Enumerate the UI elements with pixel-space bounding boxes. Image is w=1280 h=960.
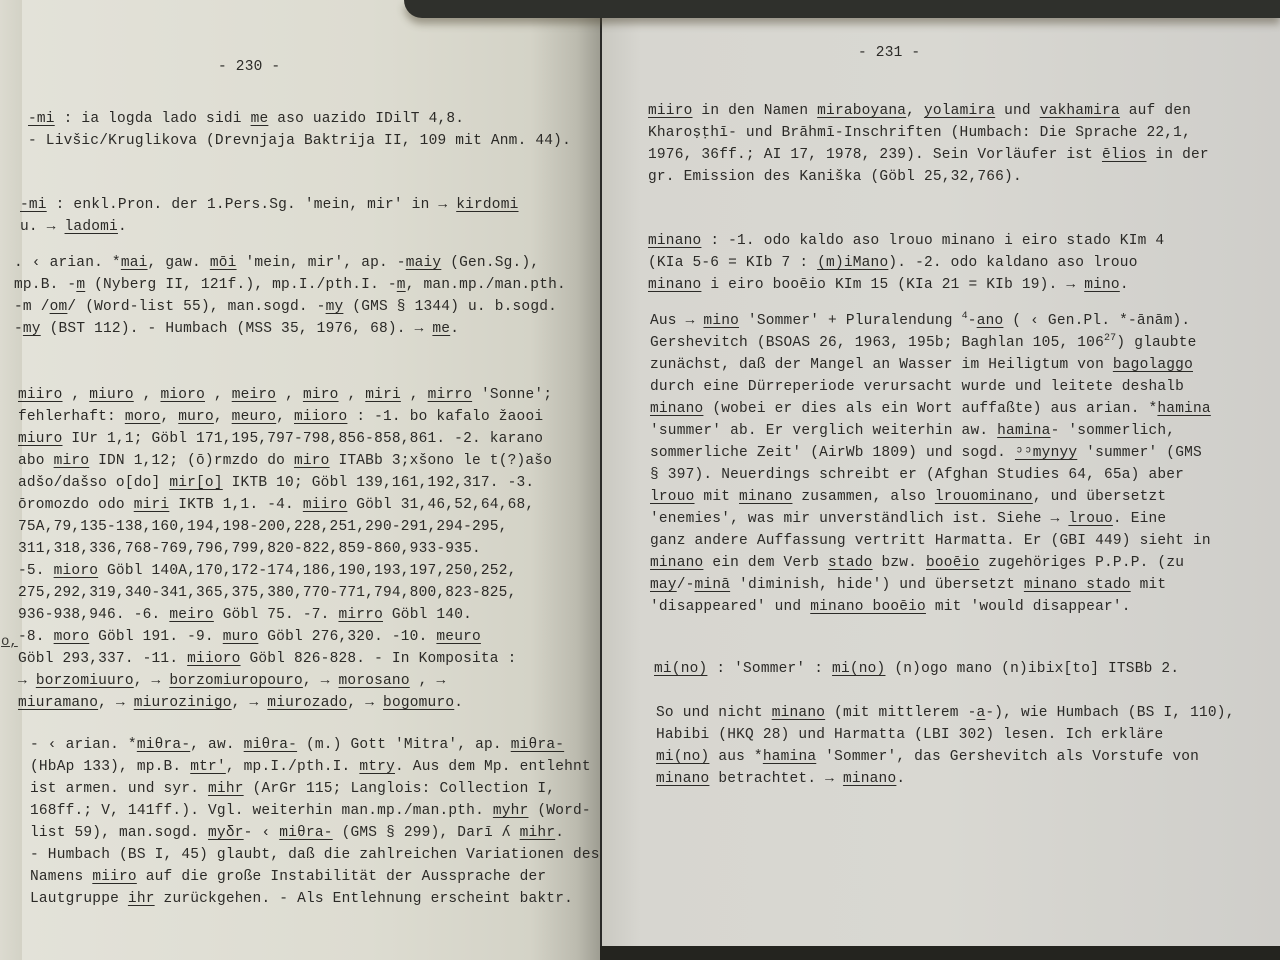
text-line: minano : -1. odo kaldo aso lrouo minano … — [648, 230, 1164, 252]
text-line: Namens miiro auf die große Instabilität … — [30, 866, 600, 888]
text-run: (BST 112). - Humbach (MSS 35, 1976, 68). — [41, 321, 415, 337]
text-line: 168ff.; V, 141ff.). Vgl. weiterhin man.m… — [30, 800, 600, 822]
text-line: - Humbach (BS I, 45) glaubt, daß die zah… — [30, 844, 600, 866]
text-run: auf den — [1120, 103, 1191, 119]
text-run: 'summer' (GMS — [1077, 445, 1202, 461]
text-run: ITABb 3;xšono le t(?)ašo — [330, 453, 553, 469]
text-line: mi(no) aus *hamina 'Sommer', das Gershev… — [656, 746, 1235, 768]
text-line: - ‹ arian. *miθra-, aw. miθra- (m.) Gott… — [30, 734, 600, 756]
lemma-term: moro — [125, 409, 161, 425]
text-run: , man.mp./man.pth. — [406, 277, 566, 293]
lemma-term: minano — [650, 401, 703, 417]
text-run: IDN 1,12; (ō)rmzdo do — [89, 453, 294, 469]
text-run: - 'sommerlich, — [1051, 423, 1176, 439]
text-line: miiro in den Namen miraboyana, yolamira … — [648, 100, 1209, 122]
left-page: - 230 - -mi : ia logda lado sidi me aso … — [22, 0, 600, 960]
text-run: zurückgehen. - Als Entlehnung erscheint … — [155, 891, 573, 907]
lemma-term: minano — [772, 705, 825, 721]
text-run — [56, 219, 65, 235]
text-run: 936-938,946. -6. — [18, 607, 169, 623]
text-line: 311,318,336,768-769,796,799,820-822,859-… — [18, 538, 552, 560]
text-run: -m / — [14, 299, 50, 315]
text-run: . Aus dem Mp. entlehnt — [395, 759, 591, 775]
text-line: 'disappeared' und minano booēio mit 'wou… — [650, 596, 1211, 618]
text-run: . ‹ arian. * — [14, 255, 121, 271]
text-run: 168ff.; V, 141ff.). Vgl. weiterhin man.m… — [30, 803, 493, 819]
text-run: : -1. odo kaldo aso lrouo minano i eiro … — [701, 233, 1164, 249]
lemma-term: miurozado — [267, 695, 347, 711]
lemma-term: minā — [695, 577, 731, 593]
text-run: 275,292,319,340-341,365,375,380,770-771,… — [18, 585, 516, 601]
text-run: 75A,79,135-138,160,194,198-200,228,251,2… — [18, 519, 508, 535]
text-run: - Livšic/Kruglikova (Drevnjaja Baktrija … — [28, 133, 571, 149]
lemma-term: m — [397, 277, 406, 293]
superscript: 27 — [1104, 333, 1116, 344]
lemma-term: ēlios — [1102, 147, 1147, 163]
lemma-term: miiro — [92, 869, 137, 885]
lemma-term: minano — [650, 555, 703, 571]
text-run: zugehöriges P.P.P. (zu — [979, 555, 1184, 571]
text-run: , — [232, 695, 250, 711]
lemma-term: hamina — [997, 423, 1050, 439]
page-number: - 231 - — [858, 42, 920, 64]
text-run: IKTB 10; Göbl 139,161,192,317. -3. — [223, 475, 535, 491]
lemma-term: may — [650, 577, 677, 593]
text-line: sommerliche Zeit' (AirWb 1809) und sogd.… — [650, 442, 1211, 464]
text-run: - — [14, 321, 23, 337]
text-run: /- — [677, 577, 695, 593]
text-line: → borzomiuuro, → borzomiuropouro, → moro… — [18, 670, 552, 692]
text-run: 'mein, mir', ap. - — [237, 255, 406, 271]
cross-reference-arrow-icon: → — [321, 670, 330, 692]
text-run: (ArGr 115; Langlois: Collection I, — [244, 781, 556, 797]
text-run: list 59), man.sogd. — [30, 825, 208, 841]
lemma-term: minano — [648, 233, 701, 249]
text-run: : enkl.Pron. der 1.Pers.Sg. 'mein, mir' … — [47, 197, 439, 213]
lemma-term: mi(no) — [656, 749, 709, 765]
text-run: , — [134, 387, 161, 403]
cross-reference-arrow-icon: → — [1066, 274, 1075, 296]
text-run — [374, 695, 383, 711]
text-run: ist armen. und syr. — [30, 781, 208, 797]
text-run: : 'Sommer' : — [707, 661, 832, 677]
text-line: ist armen. und syr. mihr (ArGr 115; Lang… — [30, 778, 600, 800]
text-run: (mit mittlerem - — [825, 705, 976, 721]
text-run: 'enemies', was mir unverständlich ist. S… — [650, 511, 1051, 527]
text-run: IKTB 1,1. -4. — [169, 497, 303, 513]
text-run: in den Namen — [693, 103, 818, 119]
text-run: . — [555, 825, 564, 841]
text-run: ( ‹ Gen.Pl. *-ānām). — [1003, 313, 1190, 329]
lemma-term: miurozinigo — [134, 695, 232, 711]
etymology-minano: Aus → mino 'Sommer' + Pluralendung 4-ano… — [650, 310, 1211, 618]
commentary-mino: So und nicht minano (mit mittlerem -a-),… — [656, 702, 1235, 790]
lemma-term: hamina — [1157, 401, 1210, 417]
text-run: , — [214, 409, 232, 425]
lemma-term: muro — [178, 409, 214, 425]
book-gutter — [600, 18, 602, 948]
lemma-term: minano — [739, 489, 792, 505]
text-run: 'Sommer' + Pluralendung — [739, 313, 962, 329]
lemma-term: miθra- — [279, 825, 332, 841]
cross-reference-arrow-icon: → — [438, 194, 447, 216]
text-run: abo — [18, 453, 54, 469]
text-run: , — [347, 695, 365, 711]
text-line: u. → ladomi. — [20, 216, 519, 238]
lemma-term: bagolaggo — [1113, 357, 1193, 373]
text-line: fehlerhaft: moro, muro, meuro, miioro : … — [18, 406, 552, 428]
text-run — [1075, 277, 1084, 293]
text-line: miuramano, → miurozinigo, → miurozado, →… — [18, 692, 552, 714]
text-run: , — [276, 409, 294, 425]
text-line: 1976, 36ff.; AI 17, 1978, 239). Sein Vor… — [648, 144, 1209, 166]
lemma-term: miri — [365, 387, 401, 403]
lemma-term: mi(no) — [654, 661, 707, 677]
text-run: Göbl 826-828. - In Komposita : — [241, 651, 517, 667]
text-line: 'enemies', was mir unverständlich ist. S… — [650, 508, 1211, 530]
text-line: -my (BST 112). - Humbach (MSS 35, 1976, … — [14, 318, 566, 340]
text-run: (m.) Gott 'Mitra', ap. — [297, 737, 511, 753]
text-run: Göbl 31,46,52,64,68, — [347, 497, 534, 513]
text-run: (Nyberg II, 121f.), mp.I./pth.I. - — [85, 277, 397, 293]
lemma-term: ladomi — [65, 219, 118, 235]
text-run: . — [450, 321, 459, 337]
text-line: lrouo mit minano zusammen, also lrouomin… — [650, 486, 1211, 508]
text-line: - Livšic/Kruglikova (Drevnjaja Baktrija … — [28, 130, 571, 152]
lemma-term: muro — [223, 629, 259, 645]
lemma-term: mai — [121, 255, 148, 271]
text-run: 'Sommer', das Gershevitch als Vorstufe v… — [816, 749, 1199, 765]
entry-mi-1: -mi : ia logda lado sidi me aso uazido I… — [28, 108, 571, 152]
lemma-term: vakhamira — [1040, 103, 1120, 119]
text-line: 936-938,946. -6. meiro Göbl 75. -7. mirr… — [18, 604, 552, 626]
text-run: (KIa 5-6 = KIb 7 : — [648, 255, 817, 271]
text-run: , mp.I./pth.I. — [226, 759, 360, 775]
text-run: ). -2. odo kaldano aso lrouo — [888, 255, 1137, 271]
text-run: 'Sonne'; — [472, 387, 552, 403]
lemma-term: my — [326, 299, 344, 315]
text-run: , — [134, 673, 152, 689]
lemma-term: mino — [1084, 277, 1120, 293]
text-run: 'diminish, hide') und übersetzt — [730, 577, 1024, 593]
lemma-term: myδr — [208, 825, 244, 841]
lemma-term: lrouo — [650, 489, 695, 505]
cross-reference-arrow-icon: → — [686, 310, 695, 332]
text-run: adšo/dašso o[do] — [18, 475, 169, 491]
lemma-term: mihr — [520, 825, 556, 841]
text-run: Aus — [650, 313, 686, 329]
text-run: , aw. — [190, 737, 243, 753]
text-run: zusammen, also — [792, 489, 934, 505]
text-run: , — [303, 673, 321, 689]
text-run: , — [98, 695, 116, 711]
lemma-term: booēio — [926, 555, 979, 571]
text-line: So und nicht minano (mit mittlerem -a-),… — [656, 702, 1235, 724]
text-line: 75A,79,135-138,160,194,198-200,228,251,2… — [18, 516, 552, 538]
cross-reference-arrow-icon: → — [365, 692, 374, 714]
text-run: , — [205, 387, 232, 403]
lemma-term: moro — [54, 629, 90, 645]
text-run: durch eine Dürreperiode verursacht wurde… — [650, 379, 1184, 395]
lemma-term: borzomiuuro — [36, 673, 134, 689]
lemma-term: minano booēio — [810, 599, 926, 615]
text-run: sommerliche Zeit' (AirWb 1809) und sogd. — [650, 445, 1015, 461]
scanner-lid-edge — [404, 0, 1280, 18]
text-run: zunächst, daß der Mangel an Wasser im He… — [650, 357, 1113, 373]
text-run: -), wie Humbach (BS I, 110), — [985, 705, 1234, 721]
lemma-term: meiro — [169, 607, 214, 623]
text-run: - ‹ — [244, 825, 280, 841]
text-line: -mi : ia logda lado sidi me aso uazido I… — [28, 108, 571, 130]
lemma-term: mtr' — [190, 759, 226, 775]
text-run — [447, 197, 456, 213]
entry-miiro: miiro , miuro , mioro , meiro , miro , m… — [18, 384, 552, 714]
lemma-term: miθra- — [137, 737, 190, 753]
text-line: durch eine Dürreperiode verursacht wurde… — [650, 376, 1211, 398]
text-line: (KIa 5-6 = KIb 7 : (m)iMano). -2. odo ka… — [648, 252, 1164, 274]
text-run: aus * — [709, 749, 762, 765]
text-run: fehlerhaft: — [18, 409, 125, 425]
lemma-term: stado — [828, 555, 873, 571]
text-run: (wobei er dies als ein Wort auffaßte) au… — [703, 401, 1157, 417]
text-line: 'summer' ab. Er verglich weiterhin aw. h… — [650, 420, 1211, 442]
lemma-term: minano — [843, 771, 896, 787]
text-run: (Word- — [528, 803, 590, 819]
lemma-term: miioro — [187, 651, 240, 667]
text-run: - ‹ arian. * — [30, 737, 137, 753]
lemma-term: om — [50, 299, 68, 315]
lemma-term: mihr — [208, 781, 244, 797]
lemma-term: mirro — [428, 387, 473, 403]
text-run: (n)ogo mano (n)ibix[to] ITSBb 2. — [885, 661, 1179, 677]
text-line: -mi : enkl.Pron. der 1.Pers.Sg. 'mein, m… — [20, 194, 519, 216]
text-run: i eiro booēio KIm 15 (KIa 21 = KIb 19). — [701, 277, 1066, 293]
lemma-term: miiro — [18, 387, 63, 403]
lemma-term: morosano — [339, 673, 410, 689]
text-line: ganz andere Auffassung vertritt Harmatta… — [650, 530, 1211, 552]
right-page: - 231 - miiro in den Namen miraboyana, y… — [600, 14, 1280, 946]
text-run: , — [276, 387, 303, 403]
text-run: mp.B. - — [14, 277, 76, 293]
lemma-term: me — [251, 111, 269, 127]
text-run: § 397). Neuerdings schreibt er (Afghan S… — [650, 467, 1184, 483]
lemma-term: mioro — [160, 387, 205, 403]
text-line: zunächst, daß der Mangel an Wasser im He… — [650, 354, 1211, 376]
text-run: betrachtet. — [709, 771, 825, 787]
text-run: (HbAp 133), mp.B. — [30, 759, 190, 775]
lemma-term: kirdomi — [456, 197, 518, 213]
text-run: , — [63, 387, 90, 403]
lemma-term: yolamira — [924, 103, 995, 119]
text-line: list 59), man.sogd. myδr- ‹ miθra- (GMS … — [30, 822, 600, 844]
lemma-term: mi(no) — [832, 661, 885, 677]
text-run: u. — [20, 219, 47, 235]
text-run: -8. — [18, 629, 54, 645]
text-run: Göbl 140. — [383, 607, 472, 623]
text-line: (HbAp 133), mp.B. mtr', mp.I./pth.I. mtr… — [30, 756, 600, 778]
text-run: ganz andere Auffassung vertritt Harmatta… — [650, 533, 1211, 549]
etymology-mi: . ‹ arian. *mai, gaw. mōi 'mein, mir', a… — [14, 252, 566, 340]
text-run: Gershevitch (BSOAS 26, 1963, 195b; Baghl… — [650, 335, 1104, 351]
text-line: abo miro IDN 1,12; (ō)rmzdo do miro ITAB… — [18, 450, 552, 472]
lemma-term: miθra- — [244, 737, 297, 753]
text-run: Lautgruppe — [30, 891, 128, 907]
text-run: (GMS § 1344) u. b.sogd. — [343, 299, 557, 315]
text-run: mit — [695, 489, 740, 505]
text-line: 275,292,319,340-341,365,375,380,770-771,… — [18, 582, 552, 604]
text-run: -5. — [18, 563, 54, 579]
text-line: -m /om/ (Word-list 55), man.sogd. -my (G… — [14, 296, 566, 318]
text-run: , — [401, 387, 428, 403]
text-run: , — [906, 103, 924, 119]
etymology-miiro: - ‹ arian. *miθra-, aw. miθra- (m.) Gott… — [30, 734, 600, 910]
text-line: -8. moro Göbl 191. -9. muro Göbl 276,320… — [18, 626, 552, 648]
text-line: minano betrachtet. → minano. — [656, 768, 1235, 790]
lemma-term: mioro — [54, 563, 99, 579]
text-run: / (Word-list 55), man.sogd. - — [67, 299, 325, 315]
text-line: Kharoṣṭhī- und Brāhmī-Inschriften (Humba… — [648, 122, 1209, 144]
text-run — [834, 771, 843, 787]
lemma-term: mir[o] — [169, 475, 222, 491]
text-line: may/-minā 'diminish, hide') und übersetz… — [650, 574, 1211, 596]
text-line: Aus → mino 'Sommer' + Pluralendung 4-ano… — [650, 310, 1211, 332]
lemma-term: miraboyana — [817, 103, 906, 119]
text-run: 'disappeared' und — [650, 599, 810, 615]
lemma-term: miiro — [648, 103, 693, 119]
lemma-term: mōi — [210, 255, 237, 271]
text-run: mit — [1131, 577, 1167, 593]
text-run: ōromozdo odo — [18, 497, 134, 513]
cross-reference-arrow-icon: → — [116, 692, 125, 714]
text-run: Habibi (HKQ 28) und Harmatta (LBI 302) l… — [656, 727, 1163, 743]
lemma-term: miiro — [303, 497, 348, 513]
lemma-term: meuro — [436, 629, 481, 645]
margin-fragment: o, — [1, 634, 18, 650]
text-line: Göbl 293,337. -11. miioro Göbl 826-828. … — [18, 648, 552, 670]
text-line: miiro , miuro , mioro , meiro , miro , m… — [18, 384, 552, 406]
text-run: So und nicht — [656, 705, 772, 721]
entry-mino: mi(no) : 'Sommer' : mi(no) (n)ogo mano (… — [654, 658, 1179, 680]
text-run: Göbl 140A,170,172-174,186,190,193,197,25… — [98, 563, 516, 579]
text-run: Göbl 191. -9. — [89, 629, 223, 645]
scanner-bottom-edge — [600, 946, 1280, 960]
lemma-term: mirro — [338, 607, 383, 623]
lemma-term: meiro — [232, 387, 277, 403]
text-line: Habibi (HKQ 28) und Harmatta (LBI 302) l… — [656, 724, 1235, 746]
text-run: . — [1120, 277, 1129, 293]
cross-reference-arrow-icon: → — [825, 768, 834, 790]
lemma-term: miuramano — [18, 695, 98, 711]
text-run: Namens — [30, 869, 92, 885]
lemma-term: m — [76, 277, 85, 293]
lemma-term: hamina — [763, 749, 816, 765]
text-run: Kharoṣṭhī- und Brāhmī-Inschriften (Humba… — [648, 125, 1191, 141]
lemma-term: maiy — [406, 255, 442, 271]
text-line: Lautgruppe ihr zurückgehen. - Als Entleh… — [30, 888, 600, 910]
text-line: miuro IUr 1,1; Göbl 171,195,797-798,856-… — [18, 428, 552, 450]
text-run: aso uazido IDilT 4,8. — [268, 111, 464, 127]
cross-reference-arrow-icon: → — [47, 216, 56, 238]
lemma-term: miuro — [18, 431, 63, 447]
text-run — [330, 673, 339, 689]
text-run: ein dem Verb — [703, 555, 828, 571]
text-run — [258, 695, 267, 711]
lemma-term: miθra- — [511, 737, 564, 753]
text-line: . ‹ arian. *mai, gaw. mōi 'mein, mir', a… — [14, 252, 566, 274]
text-run — [27, 673, 36, 689]
text-line: minano (wobei er dies als ein Wort auffa… — [650, 398, 1211, 420]
lemma-term: ihr — [128, 891, 155, 907]
lemma-term: (m)iMano — [817, 255, 888, 271]
lemma-term: lrouo — [1068, 511, 1113, 527]
lemma-term: myhr — [493, 803, 529, 819]
text-line: -5. mioro Göbl 140A,170,172-174,186,190,… — [18, 560, 552, 582]
entry-minano: minano : -1. odo kaldo aso lrouo minano … — [648, 230, 1164, 296]
continuation-miiro: miiro in den Namen miraboyana, yolamira … — [648, 100, 1209, 188]
text-line: adšo/dašso o[do] mir[o] IKTB 10; Göbl 13… — [18, 472, 552, 494]
lemma-term: minano — [656, 771, 709, 787]
text-run: (GMS § 299), Darī ʎ — [333, 825, 520, 841]
text-run: mit 'would disappear'. — [926, 599, 1131, 615]
text-line: Gershevitch (BSOAS 26, 1963, 195b; Baghl… — [650, 332, 1211, 354]
lemma-term: mtry — [359, 759, 395, 775]
lemma-term: miioro — [294, 409, 347, 425]
lemma-term: my — [23, 321, 41, 337]
lemma-term: bogomuro — [383, 695, 454, 711]
text-run: , — [160, 409, 178, 425]
text-run: Göbl 75. -7. — [214, 607, 339, 623]
lemma-term: miro — [294, 453, 330, 469]
lemma-term: miri — [134, 497, 170, 513]
lemma-term: lrouominano — [935, 489, 1033, 505]
text-run: (Gen.Sg.), — [441, 255, 539, 271]
text-run: - — [968, 313, 977, 329]
lemma-term: miuro — [89, 387, 134, 403]
lemma-term: minano — [648, 277, 701, 293]
text-run: 1976, 36ff.; AI 17, 1978, 239). Sein Vor… — [648, 147, 1102, 163]
text-line: mi(no) : 'Sommer' : mi(no) (n)ogo mano (… — [654, 658, 1179, 680]
lemma-term: borzomiuropouro — [169, 673, 303, 689]
text-run: , gaw. — [148, 255, 210, 271]
lemma-term: miro — [54, 453, 90, 469]
lemma-term: miro — [303, 387, 339, 403]
text-run: IUr 1,1; Göbl 171,195,797-798,856-858,86… — [63, 431, 544, 447]
lemma-term: -mi — [20, 197, 47, 213]
text-run: - Humbach (BS I, 45) glaubt, daß die zah… — [30, 847, 600, 863]
cross-reference-arrow-icon: → — [18, 670, 27, 692]
text-line: ōromozdo odo miri IKTB 1,1. -4. miiro Gö… — [18, 494, 552, 516]
lemma-term: minano stado — [1024, 577, 1131, 593]
text-run: . — [896, 771, 905, 787]
text-run: : ia logda lado sidi — [55, 111, 251, 127]
text-run: , — [410, 673, 437, 689]
text-line: mp.B. -m (Nyberg II, 121f.), mp.I./pth.I… — [14, 274, 566, 296]
text-run: und — [995, 103, 1040, 119]
lemma-term: mino — [703, 313, 739, 329]
text-line: § 397). Neuerdings schreibt er (Afghan S… — [650, 464, 1211, 486]
text-run: Göbl 276,320. -10. — [258, 629, 436, 645]
text-run: bzw. — [873, 555, 926, 571]
cross-reference-arrow-icon: → — [436, 670, 445, 692]
text-line: minano i eiro booēio KIm 15 (KIa 21 = KI… — [648, 274, 1164, 296]
text-run: , und übersetzt — [1033, 489, 1167, 505]
lemma-term: ᵓᵓmynyy — [1015, 445, 1077, 461]
page-number: - 230 - — [218, 56, 280, 78]
lemma-term: me — [432, 321, 450, 337]
text-run: ) glaubte — [1116, 335, 1196, 351]
text-line: minano ein dem Verb stado bzw. booēio zu… — [650, 552, 1211, 574]
text-run: gr. Emission des Kaniška (Göbl 25,32,766… — [648, 169, 1022, 185]
